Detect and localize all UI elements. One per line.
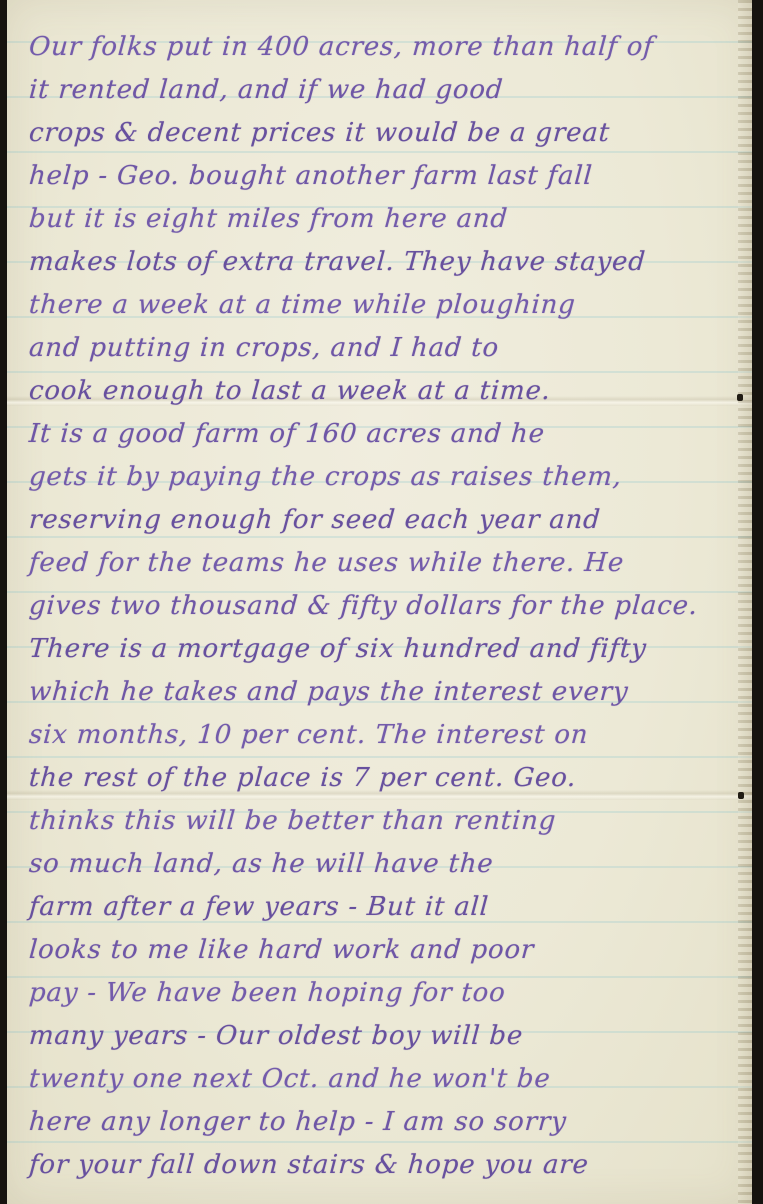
handwritten-line: makes lots of extra travel. They have st… <box>27 241 739 284</box>
handwritten-line: There is a mortgage of six hundred and f… <box>27 628 739 671</box>
handwritten-line: reserving enough for seed each year and <box>27 499 739 542</box>
handwritten-line: so much land, as he will have the <box>27 843 739 886</box>
handwritten-line: many years - Our oldest boy will be <box>27 1015 739 1058</box>
handwritten-line: twenty one next Oct. and he won't be <box>27 1058 739 1101</box>
handwritten-line: the rest of the place is 7 per cent. Geo… <box>27 757 739 800</box>
handwritten-line: which he takes and pays the interest eve… <box>27 671 739 714</box>
handwritten-line: but it is eight miles from here and <box>27 198 739 241</box>
handwritten-line: there a week at a time while ploughing <box>27 284 739 327</box>
handwritten-line: for your fall down stairs & hope you are <box>27 1144 739 1187</box>
handwritten-line: here any longer to help - I am so sorry <box>27 1101 739 1144</box>
handwritten-line: gives two thousand & fifty dollars for t… <box>27 585 739 628</box>
handwritten-line: Our folks put in 400 acres, more than ha… <box>27 26 739 69</box>
handwritten-line: six months, 10 per cent. The interest on <box>27 714 739 757</box>
handwritten-line: help - Geo. bought another farm last fal… <box>27 155 739 198</box>
scanned-letter: Our folks put in 400 acres, more than ha… <box>0 0 763 1204</box>
fold-speck-upper <box>737 394 743 401</box>
handwritten-line: feed for the teams he uses while there. … <box>27 542 739 585</box>
handwritten-line: crops & decent prices it would be a grea… <box>27 112 739 155</box>
letter-page: Our folks put in 400 acres, more than ha… <box>7 0 752 1204</box>
fold-speck-lower <box>738 792 744 799</box>
handwritten-line: it rented land, and if we had good <box>27 69 739 112</box>
handwritten-line: It is a good farm of 160 acres and he <box>27 413 739 456</box>
handwritten-line: thinks this will be better than renting <box>27 800 739 843</box>
handwritten-line: farm after a few years - But it all <box>27 886 739 929</box>
handwritten-line: cook enough to last a week at a time. <box>27 370 739 413</box>
handwritten-line: pay - We have been hoping for too <box>27 972 739 1015</box>
handwritten-line: gets it by paying the crops as raises th… <box>27 456 739 499</box>
handwritten-line: and putting in crops, and I had to <box>27 327 739 370</box>
paper-torn-edge <box>738 0 752 1204</box>
handwritten-line: looks to me like hard work and poor <box>27 929 739 972</box>
letter-body-text: Our folks put in 400 acres, more than ha… <box>7 0 752 1187</box>
